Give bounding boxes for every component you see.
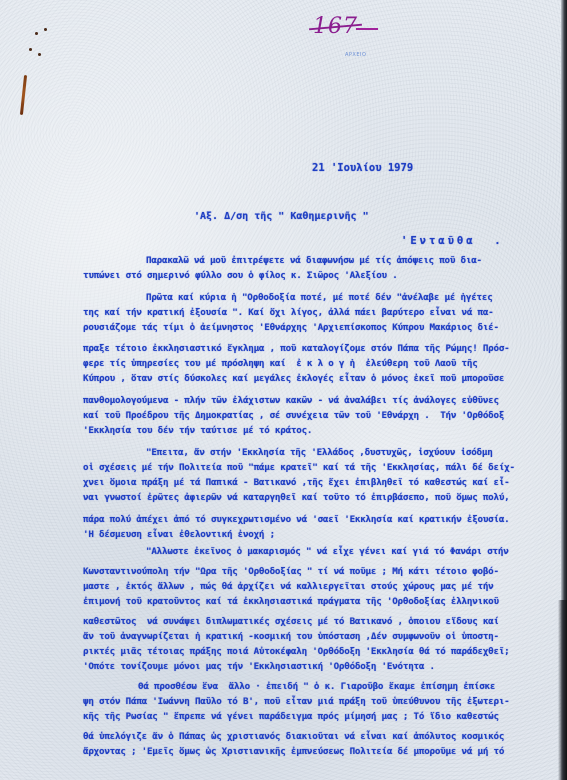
body-text-line: φερε τίς ὑπηρεσίες του μέ πρόσληψη καί ἐ… xyxy=(83,358,478,369)
body-text-line: "Επειτα, ἄν στήν 'Εκκλησία τῆς 'Ελλάδος … xyxy=(146,447,493,458)
letter-date: 21 'Ιουλίου 1979 xyxy=(312,162,413,174)
body-text-line: ἄν τοῦ ἀναγνωρίζεται ἡ κρατική -κοσμική … xyxy=(83,631,499,642)
body-text-line: οἱ σχέσεις μέ τήν Πολιτεία ποῦ "πάμε κρα… xyxy=(83,462,515,473)
body-text-line: ἄρχοντας ; 'Εμεῖς ὅμως ὡς Χριστιανικῆς ἐ… xyxy=(83,746,504,757)
margin-ink-dot xyxy=(38,53,41,56)
letter-place: 'Ενταῦθα . xyxy=(401,235,504,247)
scanned-document-page: 167 ΑΡΧΕΙΟ 21 'Ιουλίου 1979 'Αξ. Δ/ση τῆ… xyxy=(0,0,567,780)
body-text-line: της καί τήν κρατική ἐξουσία ". Καί ὄχι λ… xyxy=(83,307,494,318)
body-text-line: κῆς τῆς Ρωσίας " ἔπρεπε νά γένει παράδει… xyxy=(83,711,499,722)
margin-ink-dot xyxy=(29,48,32,51)
margin-ink-dot xyxy=(44,28,47,31)
scan-edge-shadow xyxy=(558,600,567,780)
body-text-line: Παρακαλῶ νά μοῦ ἐπιτρέψετε νά διαφωνήσω … xyxy=(146,255,482,266)
body-text-line: Θά προσθέσω ἕνα ἄλλο · ἐπειδή " ὁ κ. Για… xyxy=(138,681,495,692)
body-text-line: ἐπιμονή τοῦ κρατοῦντος καί τά ἐκκλησιαστ… xyxy=(83,596,499,607)
body-text-line: 'Οπότε τονίζουμε μόνοι μας τήν 'Εκκλησια… xyxy=(83,661,435,672)
body-text-line: ρικτές μιᾶς τέτοιας πράξης ποιά Αὐτοκέφα… xyxy=(83,646,510,657)
body-text-line: ψη στόν Πάπα 'Ιωάννη Παῦλο τό Β', ποῦ εἶ… xyxy=(83,696,510,707)
page-number-dash xyxy=(356,28,378,30)
body-text-line: Κωνσταντινούπολη τήν "Ωρα τῆς 'Ορθοδοξία… xyxy=(83,566,499,577)
body-text-line: καί τοῦ Προέδρου τῆς Δημοκρατίας , σέ συ… xyxy=(83,410,504,421)
body-text-line: πάρα πολύ ἀπέχει ἀπό τό συγκεχρωτισμένο … xyxy=(83,514,510,525)
body-text-line: 'Η δέσμευση εἶναι ἐθελοντική ἐνοχή ; xyxy=(83,529,275,540)
body-text-line: πραξε τέτοιο ἐκκλησιαστικό ἔγκλημα , ποῦ… xyxy=(83,343,510,354)
body-text-line: Κύπρου , ὅταν στίς δύσκολες καί μεγάλες … xyxy=(83,373,504,384)
body-text-line: μαστε , ἐκτός ἄλλων , πώς θά ἀρχίζει νά … xyxy=(83,581,494,592)
handwritten-page-number: 167 xyxy=(313,14,358,39)
margin-ink-dot xyxy=(35,32,38,35)
body-text-line: χνει ὅμοια πράξη μέ τά Παπικά - Βατικανό… xyxy=(83,477,510,488)
margin-ink-mark xyxy=(20,75,27,115)
body-text-line: τυπώνει στό σημερινό φύλλο σου ὁ φίλος κ… xyxy=(83,270,398,281)
body-text-line: 'Εκκλησία του δέν τήν ταύτισε μέ τό κράτ… xyxy=(83,425,312,436)
letter-recipient: 'Αξ. Δ/ση τῆς " Καθημερινῆς " xyxy=(194,211,369,222)
body-text-line: Πρῶτα καί κύρια ἡ "Ορθοδοξία ποτέ, μέ πο… xyxy=(146,292,493,303)
archive-stamp: ΑΡΧΕΙΟ xyxy=(345,52,366,58)
body-text-line: "Αλλωστε ἐκεῖνος ὁ μακαρισμός " νά εἶχε … xyxy=(146,546,509,557)
body-text-line: ρουσιάζομε τάς τίμι ὁ ἀείμνηστος 'Εθνάρχ… xyxy=(83,322,499,333)
body-text-line: πανθομολογούμενα - πλήν τῶν ἐλάχιστων κα… xyxy=(83,395,499,406)
body-text-line: ναι γνωστοί ἐρῶτες ἀφιερῶν νά καταργηθεῖ… xyxy=(83,492,510,503)
body-text-line: θά ὑπελόγιζε ἄν ὁ Πάπας ὡς χριστιανός δι… xyxy=(83,731,504,742)
body-text-line: καθεστῶτος νά συνάψει διπλωματικές σχέσε… xyxy=(83,616,499,627)
